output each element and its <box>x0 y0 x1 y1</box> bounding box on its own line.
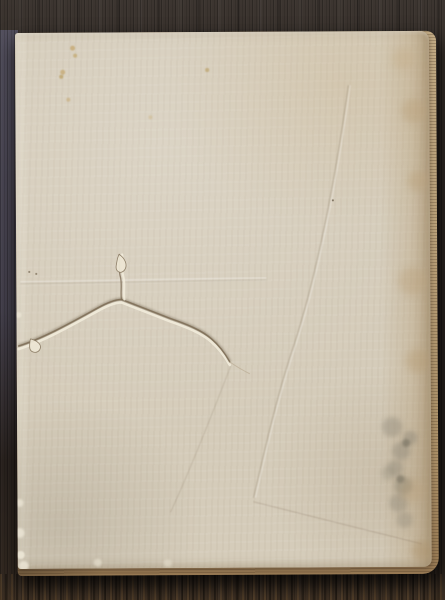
tear-main-highlight <box>18 302 229 366</box>
tear-tail <box>230 362 250 374</box>
worn-edge-chip <box>164 559 172 567</box>
foxing-spot <box>59 75 63 79</box>
worn-edge-chip <box>17 551 25 559</box>
tan-mottle <box>398 267 426 295</box>
foxing-spot <box>70 45 75 50</box>
worn-edge-chip <box>94 559 102 567</box>
foxing-spot <box>66 98 70 102</box>
gray-smudge <box>387 460 403 476</box>
crease-to-bottom-right <box>253 501 421 545</box>
tear-top-flap <box>116 254 126 272</box>
gray-smudge <box>392 442 410 460</box>
ink-speck <box>35 273 37 275</box>
tan-mottle <box>406 349 430 373</box>
foxing-spot <box>60 69 65 74</box>
crease-from-tear <box>170 366 232 512</box>
tan-mottle <box>401 99 425 123</box>
tan-mottle <box>392 48 414 70</box>
gray-smudge <box>402 439 410 447</box>
tear-shadow-blur <box>18 299 229 363</box>
gray-smudge <box>389 494 407 512</box>
crease-horizontal-highlight <box>20 278 266 282</box>
tear-branch-crack <box>119 254 121 299</box>
gray-smudge <box>397 512 413 528</box>
tan-mottle <box>412 541 432 561</box>
tear-main-crack <box>18 299 229 363</box>
ink-speck <box>28 271 30 273</box>
gray-smudge <box>382 417 402 437</box>
worn-edge-chip <box>15 312 21 318</box>
photo-scene <box>0 0 445 600</box>
foxing-spot <box>73 54 77 58</box>
crease-horizontal-shadow <box>20 280 266 284</box>
tear-and-crease-overlay <box>15 31 432 569</box>
gray-smudge <box>396 475 404 483</box>
foxing-spot <box>206 68 209 71</box>
ink-speck <box>332 199 335 202</box>
gray-smudge <box>381 466 395 480</box>
crease-long-diagonal <box>251 85 350 498</box>
tan-mottle <box>408 171 428 191</box>
tear-left-flap <box>30 339 41 352</box>
worn-edge-chip <box>19 561 29 569</box>
gray-smudge <box>403 431 417 445</box>
tear-branch-highlight <box>122 254 124 299</box>
crease-long-diagonal-highlight <box>253 85 352 498</box>
front-cover <box>15 31 432 569</box>
antique-portfolio <box>15 31 439 576</box>
tan-mottle <box>400 479 424 503</box>
gray-smudge <box>394 477 412 495</box>
worn-edge-chip <box>15 499 23 507</box>
foxing-spot <box>148 115 152 119</box>
